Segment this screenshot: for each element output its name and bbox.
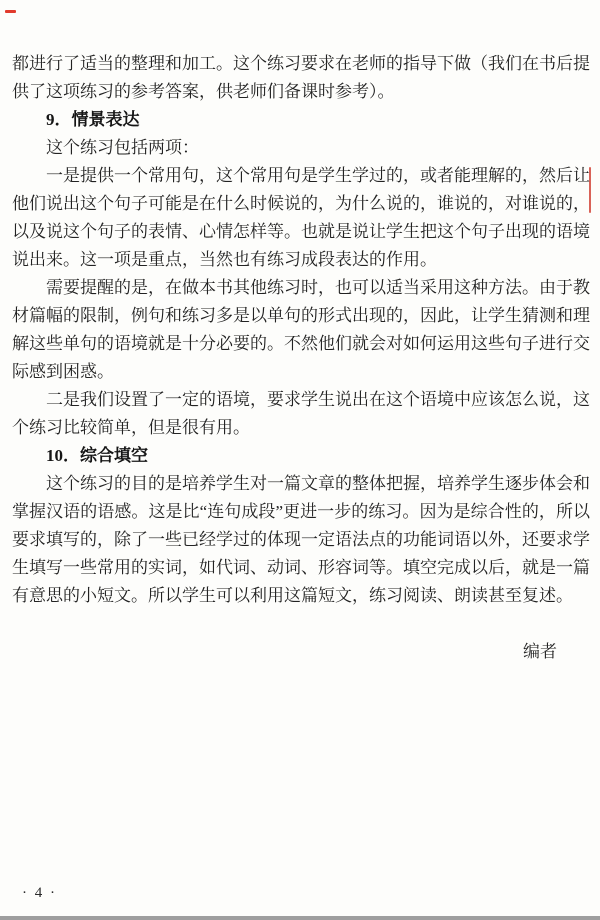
section-heading: 9．情景表达 — [12, 106, 590, 134]
page-number: · 4 · — [22, 884, 57, 902]
red-dash-mark — [5, 10, 16, 13]
paragraph: 一是提供一个常用句，这个常用句是学生学过的，或者能理解的，然后让他们说出这个句子… — [12, 162, 590, 274]
paragraph: 都进行了适当的整理和加工。这个练习要求在老师的指导下做（我们在书后提供了这项练习… — [12, 50, 590, 106]
paragraph: 这个练习包括两项： — [12, 134, 590, 162]
paragraph: 二是我们设置了一定的语境，要求学生说出在这个语境中应该怎么说，这个练习比较简单，… — [12, 386, 590, 442]
book-page: 都进行了适当的整理和加工。这个练习要求在老师的指导下做（我们在书后提供了这项练习… — [0, 0, 600, 920]
page-body-text: 都进行了适当的整理和加工。这个练习要求在老师的指导下做（我们在书后提供了这项练习… — [12, 50, 590, 666]
paragraph: 这个练习的目的是培养学生对一篇文章的整体把握，培养学生逐步体会和掌握汉语的语感。… — [12, 470, 590, 610]
signature-row: 编者 — [12, 638, 590, 666]
page-bottom-edge — [0, 916, 600, 920]
section-heading: 10．综合填空 — [12, 442, 590, 470]
paragraph: 需要提醒的是，在做本书其他练习时，也可以适当采用这种方法。由于教材篇幅的限制，例… — [12, 274, 590, 386]
author-signature: 编者 — [523, 642, 557, 661]
